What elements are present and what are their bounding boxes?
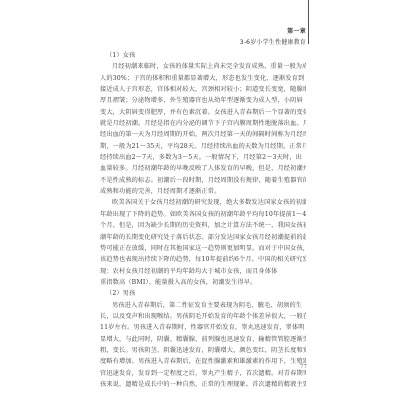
text-line: 成熟和功能的完善，月经周期才逐渐正常。 [100, 186, 306, 197]
body-text: （1）女孩月经初潮来临时，女孩的体量实际上尚未完全发育成熟，重量一般为成人的30… [100, 50, 306, 390]
text-line: 变大，大阴唇变得肥厚，并有色素沉着。女孩进入青春期后一个显著的变化 [100, 107, 306, 118]
text-line: 就是月经初潮。月经是指在内分泌的调节下子宫内膜周期性地脱落出血。月 [100, 118, 306, 129]
text-line: 接近成人子宫形态，宫体相对较大，宫颈相对较小；阴道变长变宽，随腺增 [100, 84, 306, 95]
section-heading: （2）男孩 [100, 288, 306, 299]
header-divider-line [308, 0, 309, 44]
text-line: 经持续出血2～7天，多数为3～5天。一般情况下，月经第2～3天时，出 [100, 152, 306, 163]
text-line: 粗，变长。男孩阴茎、阴囊迅速发育，阴囊增大，颜色变红，阴茎长度和宽 [100, 345, 306, 356]
text-line: 长，以及变声和出现喉结。男孩阴毛开始发育的年龄个体差异很大，一般在 [100, 311, 306, 322]
text-line: 不是性成熟的标志。初潮后一段时期，月经周期没有规律，随着生殖器官的 [100, 175, 306, 186]
text-line: 个月。但是，因为缺少长期的历史资料，加之计算方法不统一，我国女孩初 [100, 220, 306, 231]
text-line: 厚且褶皱；分泌物增多，外生殖器官也从幼年型逐渐变为成人型，小阴唇 [100, 95, 306, 106]
text-line: 血量较多。月经初潮年龄的早晚反映了人体发育的早晚，但是，月经初潮并 [100, 163, 306, 174]
text-line: 该趋势也表现出持续下降的趋势，每10年提前约6个月。中国的相关研究发 [100, 254, 306, 265]
text-line: 期，一般为21～35天，平均28天。月经持续出血的天数为月经期，正常月 [100, 141, 306, 152]
text-line: 经出血的第一天为月经周期的开始，两次月经第一天的间隔时间称为月经周 [100, 129, 306, 140]
text-line: 月经初潮来临时，女孩的体量实际上尚未完全发育成熟，重量一般为成 [100, 61, 306, 72]
text-line: 势可能正在放缓，同时在其他国家这一趋势则更加明显。而对于中国女孩， [100, 243, 306, 254]
text-line: 官迅速发育，发育到一定程度之后，睾丸产生精子，首次遗精。对青春期男 [100, 368, 306, 379]
text-line: 年龄出现了下降的趋势。如欧美各国女孩的初潮年龄平均每10年提前1～4 [100, 209, 306, 220]
text-line: 显增大，与此同时，阴囊、精囊腺、前列腺也迅速发育，输精管管腔逐渐变 [100, 334, 306, 345]
page-number: 77 [300, 364, 307, 370]
text-line: 孩来说，遗精是成长中的一种自然、正常的生理现象。首次遗精的精液主要 [100, 379, 306, 390]
section-heading: （1）女孩 [100, 50, 306, 61]
chapter-label: 第一章 [287, 26, 306, 35]
text-line: 度略有增加。男孩进入青春期后，在促性腺激素和雄激素的作用下，生殖器 [100, 356, 306, 367]
text-line: 重指数高（BMI）、能量摄入高的女孩，初潮发生得早。 [100, 277, 306, 288]
text-line: 人的30%；子宫的体积和重量都显著增大，形态也发生变化，逐渐发育到 [100, 73, 306, 84]
text-line: 现：农村女孩月经初潮的平均年龄均大于城市女孩，而且身体体 [100, 266, 306, 277]
text-line: 11岁左右。男孩进入青春期时，性器官开始发育，睾丸迅速发育，睾体明 [100, 322, 306, 333]
book-page: 第一章 3-6岁小学生性健康教育 （1）女孩月经初潮来临时，女孩的体量实际上尚未… [0, 0, 400, 400]
running-header-title: 3-6岁小学生性健康教育 [240, 37, 306, 46]
text-line: 男孩进入青春期后，第二性征发育主要表现为阴毛、腋毛、胡须的生 [100, 300, 306, 311]
text-line: 欧美各国关于女孩月经初潮的研究发现，绝大多数发达国家女孩的初潮 [100, 197, 306, 208]
text-line: 潮年龄的长期变化研究处于落后状态。部分发达国家女孩月经初潮提前的趋 [100, 232, 306, 243]
